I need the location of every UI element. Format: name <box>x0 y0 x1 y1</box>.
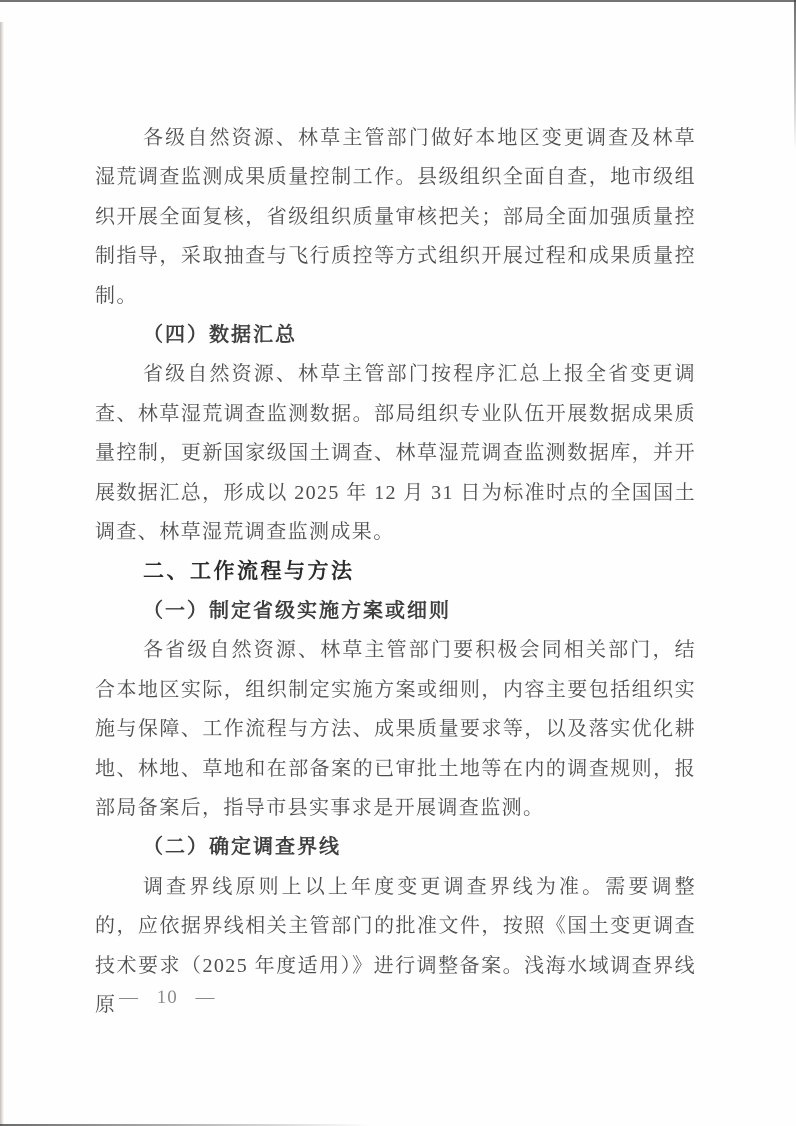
heading-section-4-data-summary: （四）数据汇总 <box>95 316 696 355</box>
heading-part-2-workflow-methods: 二、工作流程与方法 <box>95 552 696 591</box>
page-number: — 10 — <box>119 985 216 1011</box>
document-body: 各级自然资源、林草主管部门做好本地区变更调查及林草湿荒调查监测成果质量控制工作。… <box>95 119 696 1025</box>
heading-item-2-survey-boundaries: （二）确定调查界线 <box>95 828 696 867</box>
paragraph-quality-control-duties: 各级自然资源、林草主管部门做好本地区变更调查及林草湿荒调查监测成果质量控制工作。… <box>95 119 696 316</box>
paragraph-data-summary: 省级自然资源、林草主管部门按程序汇总上报全省变更调查、林草湿荒调查监测数据。部局… <box>95 355 696 552</box>
scan-edge-left <box>0 22 4 1126</box>
document-page: 各级自然资源、林草主管部门做好本地区变更调查及林草湿荒调查监测成果质量控制工作。… <box>0 0 796 1126</box>
paragraph-provincial-plan: 各省级自然资源、林草主管部门要积极会同相关部门，结合本地区实际，组织制定实施方案… <box>95 631 696 828</box>
heading-item-1-provincial-plan: （一）制定省级实施方案或细则 <box>95 592 696 631</box>
scan-edge-top <box>0 0 796 2</box>
